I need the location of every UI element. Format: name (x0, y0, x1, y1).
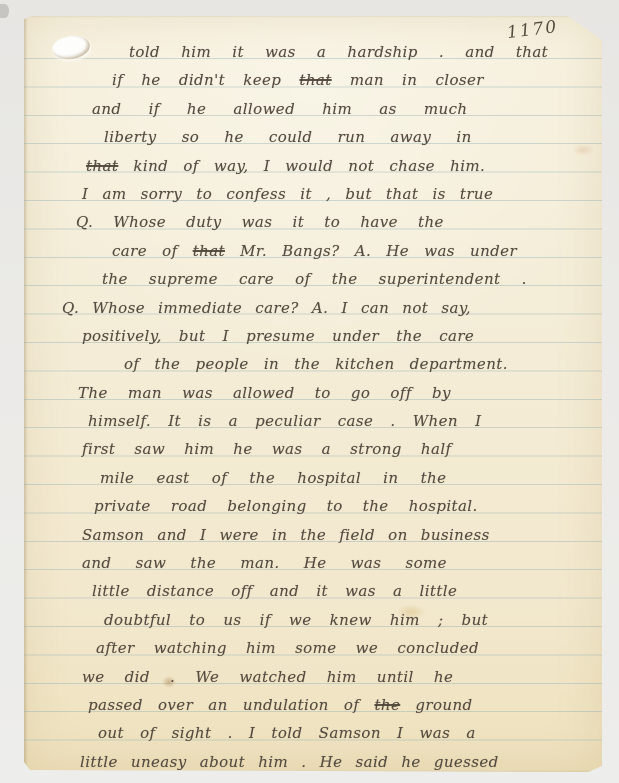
manuscript-line: the supreme care of the superintendent . (24, 265, 602, 293)
manuscript-line: out of sight . I told Samson I was a (24, 719, 602, 747)
manuscript-line: after watching him some we concluded (24, 634, 602, 662)
handwritten-text: and saw the man. He was some (82, 554, 447, 572)
manuscript-line: positively, but I presume under the care (24, 322, 602, 350)
manuscript-line: and saw the man. He was some (24, 549, 602, 577)
manuscript-line: passed over an undulation of the ground (24, 691, 602, 719)
struck-word: that (193, 242, 225, 260)
manuscript-line: private road belonging to the hospital. (24, 492, 602, 520)
handwritten-text: of the people in the kitchen department. (124, 355, 508, 373)
handwritten-text: care of (112, 242, 193, 260)
document-scan: 1170 told him it was a hardship . and th… (0, 0, 619, 783)
manuscript-line: told him it was a hardship . and that (24, 38, 602, 66)
handwritten-text: I am sorry to confess it , but that is t… (82, 185, 493, 203)
handwritten-text: first saw him he was a strong half (82, 440, 452, 458)
manuscript-line: Q. Whose immediate care? A. I can not sa… (24, 294, 602, 322)
handwritten-text: doubtful to us if we knew him ; but (104, 611, 488, 629)
scan-edge-artifact (0, 4, 9, 18)
handwritten-text: positively, but I presume under the care (82, 327, 474, 345)
manuscript-line: The man was allowed to go off by (24, 379, 602, 407)
handwritten-text: if he didn't keep (112, 71, 299, 89)
handwritten-text: Mr. Bangs? A. He was under (225, 242, 517, 260)
manuscript-line: that kind of way, I would not chase him. (24, 152, 602, 180)
manuscript-line: if he didn't keep that man in closer (24, 66, 602, 94)
handwritten-text: private road belonging to the hospital. (94, 497, 478, 515)
handwritten-text: passed over an undulation of (88, 696, 374, 714)
manuscript-line: little uneasy about him . He said he gue… (24, 748, 602, 776)
struck-word: that (299, 71, 331, 89)
handwritten-text: and if he allowed him as much (92, 100, 467, 118)
manuscript-line: first saw him he was a strong half (24, 435, 602, 463)
manuscript-line: of the people in the kitchen department. (24, 350, 602, 378)
handwritten-text: mile east of the hospital in the (100, 469, 446, 487)
handwritten-text: out of sight . I told Samson I was a (98, 724, 476, 742)
handwritten-text: the supreme care of the superintendent . (102, 270, 527, 288)
manuscript-page: 1170 told him it was a hardship . and th… (24, 16, 602, 772)
handwritten-text: little uneasy about him . He said he gue… (80, 753, 499, 771)
manuscript-line: mile east of the hospital in the (24, 464, 602, 492)
manuscript-line: and if he allowed him as much (24, 95, 602, 123)
handwritten-text: ground (400, 696, 472, 714)
handwritten-text: himself. It is a peculiar case . When I (88, 412, 481, 430)
handwritten-text: told him it was a hardship . and that (129, 43, 548, 61)
manuscript-line: I am sorry to confess it , but that is t… (24, 180, 602, 208)
handwritten-text: Samson and I were in the field on busine… (82, 526, 490, 544)
manuscript-line: himself. It is a peculiar case . When I (24, 407, 602, 435)
handwritten-text: Q. Whose immediate care? A. I can not sa… (62, 299, 471, 317)
handwriting-lines: told him it was a hardship . and thatif … (24, 38, 602, 776)
handwritten-text: man in closer (332, 71, 484, 89)
manuscript-line: care of that Mr. Bangs? A. He was under (24, 237, 602, 265)
handwritten-text: liberty so he could run away in (104, 128, 472, 146)
handwritten-text: kind of way, I would not chase him. (118, 157, 485, 175)
manuscript-line: liberty so he could run away in (24, 123, 602, 151)
handwritten-text: after watching him some we concluded (96, 639, 479, 657)
manuscript-line: doubtful to us if we knew him ; but (24, 606, 602, 634)
manuscript-line: we did . We watched him until he (24, 663, 602, 691)
manuscript-line: Q. Whose duty was it to have the (24, 208, 602, 236)
handwritten-text: The man was allowed to go off by (78, 384, 451, 402)
handwritten-text: we did . We watched him until he (82, 668, 453, 686)
struck-word: that (86, 157, 118, 175)
manuscript-line: little distance off and it was a little (24, 577, 602, 605)
handwritten-text: Q. Whose duty was it to have the (76, 213, 444, 231)
struck-word: the (374, 696, 400, 714)
handwritten-text: little distance off and it was a little (92, 582, 457, 600)
manuscript-line: Samson and I were in the field on busine… (24, 521, 602, 549)
